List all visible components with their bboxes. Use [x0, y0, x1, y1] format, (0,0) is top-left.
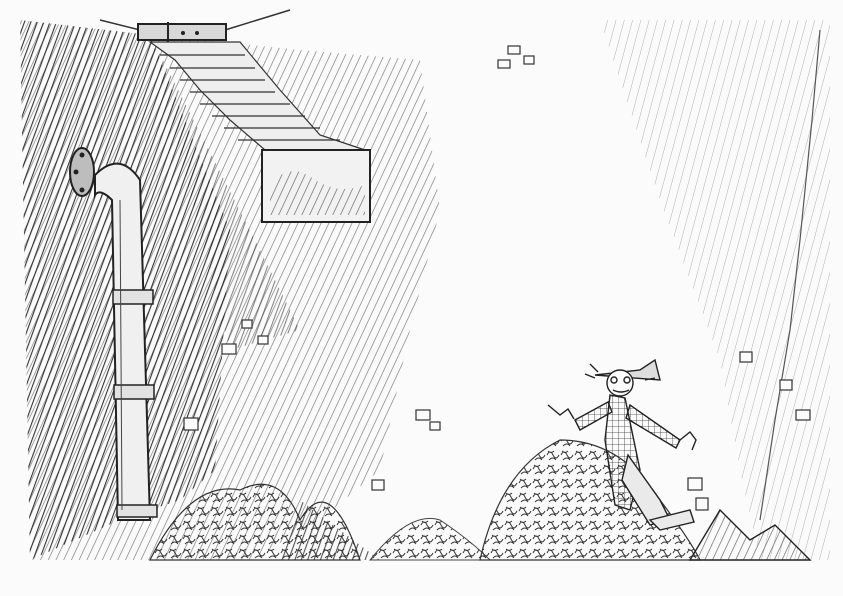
wall-picture [262, 150, 370, 222]
sketch-illustration [0, 0, 843, 596]
